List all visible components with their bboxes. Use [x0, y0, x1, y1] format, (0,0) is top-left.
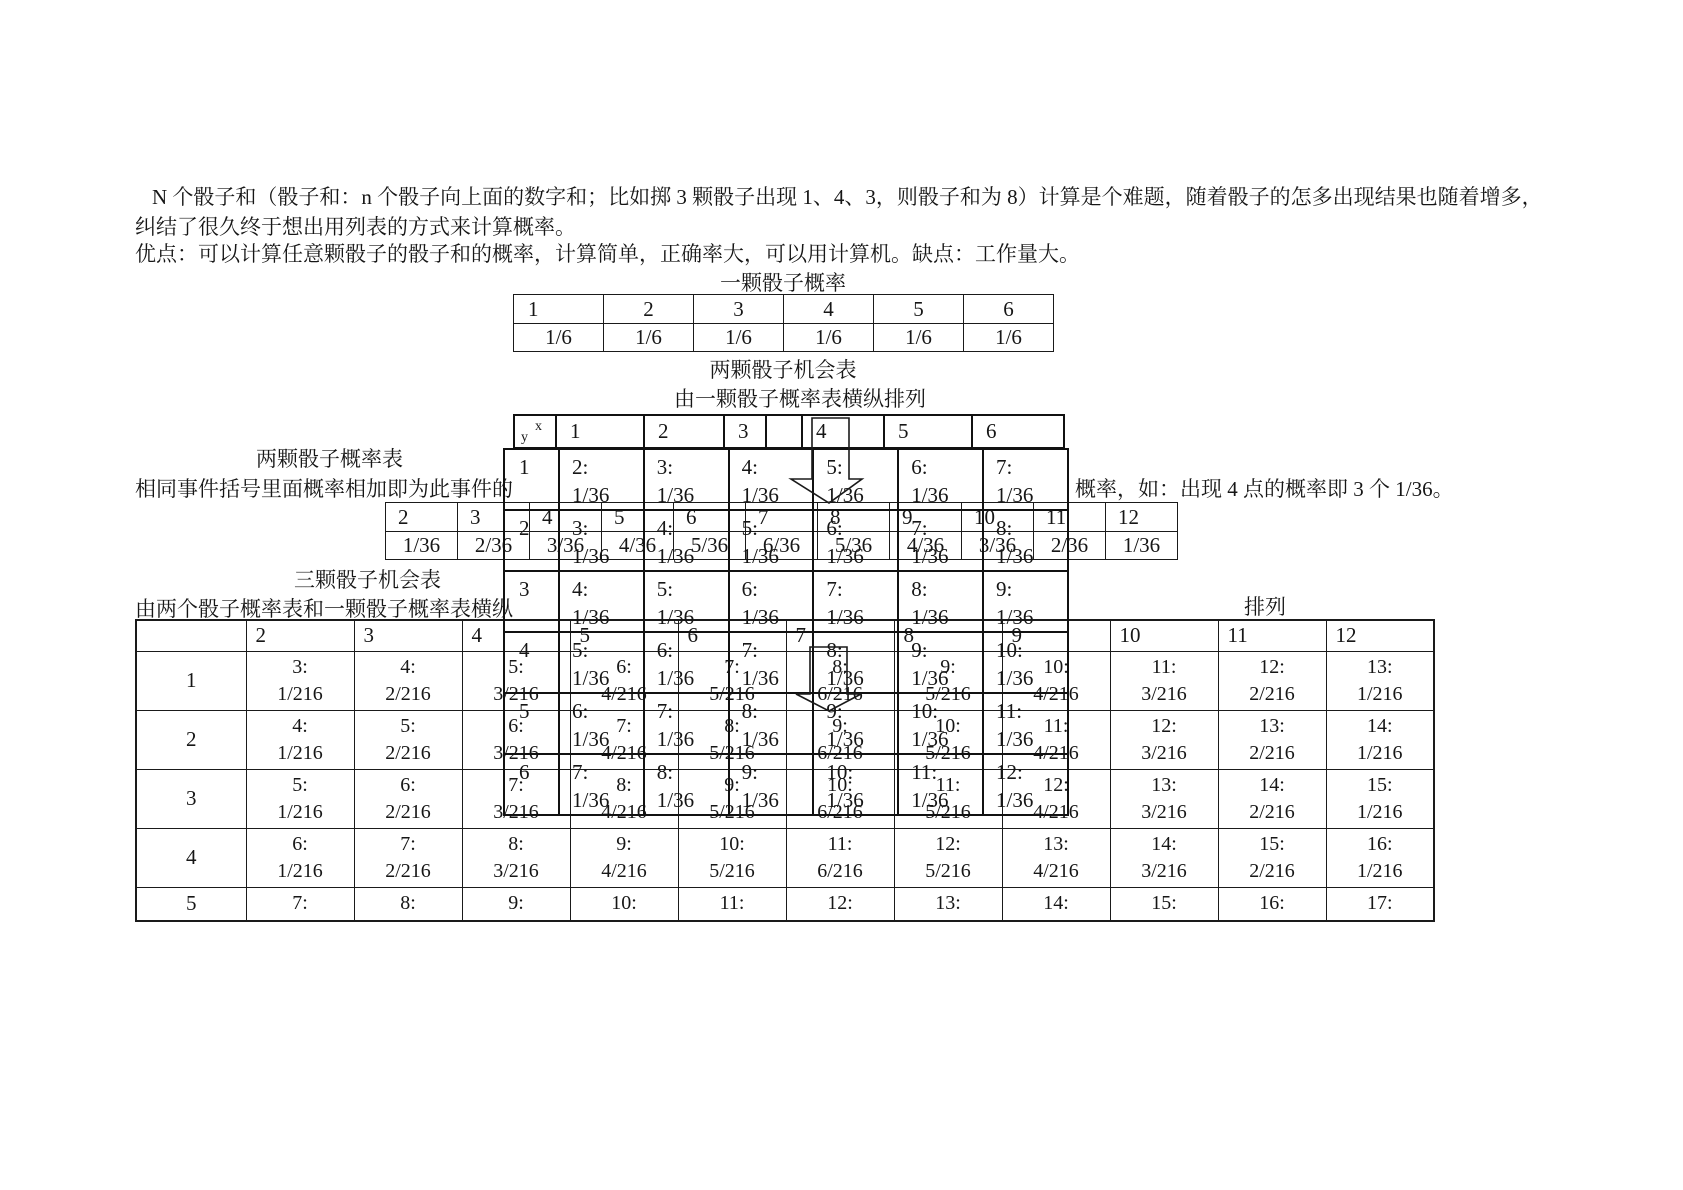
column-header: 1 — [514, 295, 604, 324]
row-cell-first: 1/36 — [386, 532, 458, 560]
intro-line-1: N 个骰子和（骰子和：n 个骰子向上面的数字和；比如掷 3 颗骰子出现 1、4、… — [152, 185, 1543, 210]
table-cell: 13: 1/216 — [1326, 651, 1434, 710]
table-cell: 4: 1/36 — [729, 449, 814, 510]
table-row: 12: 1/363: 1/364: 1/365: 1/366: 1/367: 1… — [504, 449, 1068, 510]
three-dice-subtitle-right: 排列 — [1244, 595, 1286, 620]
column-header: 5 — [874, 295, 964, 324]
table-cell: 3: 1/216 — [246, 651, 354, 710]
table-cell: 17: — [1326, 887, 1434, 921]
table-cell: 14: 3/216 — [1110, 828, 1218, 887]
table-cell: 8: 1/36 — [898, 571, 983, 632]
row-cell-first: 1/6 — [514, 324, 604, 352]
row-cell-first: 1 — [504, 449, 559, 510]
table-cell: 1/6 — [604, 324, 694, 352]
table-cell: 4: 2/216 — [354, 651, 462, 710]
column-header: 12 — [1106, 503, 1178, 532]
column-header: 4 — [784, 295, 874, 324]
header-row: yx123456 — [514, 415, 1064, 448]
column-header: 3 — [694, 295, 784, 324]
table-cell: 12: 3/216 — [1110, 710, 1218, 769]
table-cell: 1/36 — [1106, 532, 1178, 560]
table-cell: 11: 1/36 — [898, 754, 983, 815]
table-cell: 5: 1/36 — [559, 632, 644, 693]
table-cell: 6: 1/216 — [246, 828, 354, 887]
intro-line-3: 优点：可以计算任意颗骰子的骰子和的概率，计算简单，正确率大，可以用计算机。缺点：… — [135, 242, 1080, 267]
table-cell: 4: 1/216 — [246, 710, 354, 769]
table-cell: 12: 5/216 — [894, 828, 1002, 887]
two-dice-chance-table-header: yx123456 — [513, 414, 1065, 449]
two-dice-chance-table: 12: 1/363: 1/364: 1/365: 1/366: 1/367: 1… — [503, 448, 1069, 816]
corner-y-label: y — [521, 430, 528, 445]
two-dice-chance-title: 两颗骰子机会表 — [513, 358, 1053, 383]
table-cell: 6: 1/36 — [559, 693, 644, 754]
table-cell: 15: — [1110, 887, 1218, 921]
table-cell: 7: 1/36 — [813, 571, 898, 632]
column-header — [136, 620, 246, 651]
two-dice-prob-caption-1: 两颗骰子概率表 — [256, 447, 403, 472]
column-header: 11 — [1218, 620, 1326, 651]
table-cell: 3: 1/36 — [644, 449, 729, 510]
row-cell-first: 3 — [136, 769, 246, 828]
table-cell: 3: 1/36 — [559, 510, 644, 571]
table-cell: 11: — [678, 887, 786, 921]
table-cell: 5: 2/216 — [354, 710, 462, 769]
table-row: 56: 1/367: 1/368: 1/369: 1/3610: 1/3611:… — [504, 693, 1068, 754]
table-cell: 1/6 — [694, 324, 784, 352]
table-cell: 15: 2/216 — [1218, 828, 1326, 887]
table-cell: 15: 1/216 — [1326, 769, 1434, 828]
table-cell: 4: 1/36 — [559, 571, 644, 632]
table-cell: 6: 2/216 — [354, 769, 462, 828]
table-cell: 12: 2/216 — [1218, 651, 1326, 710]
row-cell-first: 6 — [504, 754, 559, 815]
table-cell: 7: 1/36 — [983, 449, 1068, 510]
table-cell: 11: 6/216 — [786, 828, 894, 887]
table-row: 57:8:9:10:11:12:13:14:15:16:17: — [136, 887, 1434, 921]
column-header: 2 — [604, 295, 694, 324]
column-header: 3 — [724, 415, 766, 448]
row-cell-first: 1 — [136, 651, 246, 710]
column-header: 12 — [1326, 620, 1434, 651]
table-cell: 13: 4/216 — [1002, 828, 1110, 887]
table-cell: 8: — [354, 887, 462, 921]
table-cell: 9: 4/216 — [570, 828, 678, 887]
table-cell: 9: 1/36 — [813, 693, 898, 754]
column-header: 2 — [246, 620, 354, 651]
column-header — [766, 415, 802, 448]
table-cell: 10: — [570, 887, 678, 921]
column-header: 10 — [1110, 620, 1218, 651]
table-cell: 8: 1/36 — [644, 754, 729, 815]
table-cell: 11: 3/216 — [1110, 651, 1218, 710]
table-cell: 7: 2/216 — [354, 828, 462, 887]
table-cell: 14: — [1002, 887, 1110, 921]
column-header: 2 — [386, 503, 458, 532]
column-header: 3 — [354, 620, 462, 651]
table-row: 23: 1/364: 1/365: 1/366: 1/367: 1/368: 1… — [504, 510, 1068, 571]
header-row: 123456 — [514, 295, 1054, 324]
table-cell: 14: 1/216 — [1326, 710, 1434, 769]
table-cell: 10: 1/36 — [898, 693, 983, 754]
row-cell-first: 3 — [504, 571, 559, 632]
table-cell: 8: 1/36 — [729, 693, 814, 754]
table-cell: 7: 1/36 — [898, 510, 983, 571]
table-row: 45: 1/366: 1/367: 1/368: 1/369: 1/3610: … — [504, 632, 1068, 693]
table-cell: 9: 1/36 — [729, 754, 814, 815]
table-cell: 1/6 — [784, 324, 874, 352]
table-row: 34: 1/365: 1/366: 1/367: 1/368: 1/369: 1… — [504, 571, 1068, 632]
table-cell: 5: 1/216 — [246, 769, 354, 828]
row-cell-first: 2 — [136, 710, 246, 769]
column-header: yx — [514, 415, 556, 448]
table-cell: 10: 5/216 — [678, 828, 786, 887]
table-cell: 16: — [1218, 887, 1326, 921]
row-cell-first: 2 — [504, 510, 559, 571]
column-header: 2 — [644, 415, 724, 448]
one-die-table-title: 一颗骰子概率 — [513, 271, 1053, 296]
table-cell: 10: 1/36 — [983, 632, 1068, 693]
table-cell: 8: 1/36 — [983, 510, 1068, 571]
table-cell: 8: 3/216 — [462, 828, 570, 887]
table-row: 1/61/61/61/61/61/6 — [514, 324, 1054, 352]
table-cell: 11: 1/36 — [983, 693, 1068, 754]
table-cell: 8: 1/36 — [813, 632, 898, 693]
column-header: 1 — [556, 415, 644, 448]
table-cell: 9: 1/36 — [983, 571, 1068, 632]
table-cell: 16: 1/216 — [1326, 828, 1434, 887]
table-cell: 7: 1/36 — [559, 754, 644, 815]
table-cell: 6: 1/36 — [813, 510, 898, 571]
corner-x-label: x — [535, 419, 542, 434]
table-cell: 4: 1/36 — [644, 510, 729, 571]
row-cell-first: 5 — [504, 693, 559, 754]
document-page: N 个骰子和（骰子和：n 个骰子向上面的数字和；比如掷 3 颗骰子出现 1、4、… — [0, 0, 1683, 1190]
table-row: 67: 1/368: 1/369: 1/3610: 1/3611: 1/3612… — [504, 754, 1068, 815]
table-cell: 1/6 — [874, 324, 964, 352]
table-cell: 12: — [786, 887, 894, 921]
column-header: 5 — [884, 415, 972, 448]
table-cell: 6: 1/36 — [729, 571, 814, 632]
two-dice-chance-subtitle: 由一颗骰子概率表横纵排列 — [513, 387, 1087, 412]
table-cell: 13: 3/216 — [1110, 769, 1218, 828]
table-cell: 9: — [462, 887, 570, 921]
one-die-probability-table: 1234561/61/61/61/61/61/6 — [513, 294, 1054, 352]
two-dice-prob-caption-right: 概率，如：出现 4 点的概率即 3 个 1/36。 — [1075, 477, 1454, 502]
table-cell: 7: — [246, 887, 354, 921]
table-cell: 13: — [894, 887, 1002, 921]
row-cell-first: 4 — [136, 828, 246, 887]
row-cell-first: 5 — [136, 887, 246, 921]
column-header: 6 — [964, 295, 1054, 324]
row-cell-first: 4 — [504, 632, 559, 693]
table-row: 46: 1/2167: 2/2168: 3/2169: 4/21610: 5/2… — [136, 828, 1434, 887]
table-cell: 6: 1/36 — [898, 449, 983, 510]
column-header: 4 — [802, 415, 884, 448]
table-cell: 7: 1/36 — [644, 693, 729, 754]
table-cell: 14: 2/216 — [1218, 769, 1326, 828]
intro-line-2: 纠结了很久终于想出用列表的方式来计算概率。 — [135, 215, 576, 240]
table-cell: 13: 2/216 — [1218, 710, 1326, 769]
table-cell: 5: 1/36 — [644, 571, 729, 632]
table-cell: 7: 1/36 — [729, 632, 814, 693]
table-cell: 6: 1/36 — [644, 632, 729, 693]
two-dice-prob-caption-2: 相同事件括号里面概率相加即为此事件的 — [135, 477, 513, 502]
table-cell: 2: 1/36 — [559, 449, 644, 510]
table-cell: 5: 1/36 — [729, 510, 814, 571]
column-header: 6 — [972, 415, 1064, 448]
table-cell: 10: 1/36 — [813, 754, 898, 815]
table-cell: 9: 1/36 — [898, 632, 983, 693]
table-cell: 12: 1/36 — [983, 754, 1068, 815]
table-cell: 5: 1/36 — [813, 449, 898, 510]
table-cell: 1/6 — [964, 324, 1054, 352]
